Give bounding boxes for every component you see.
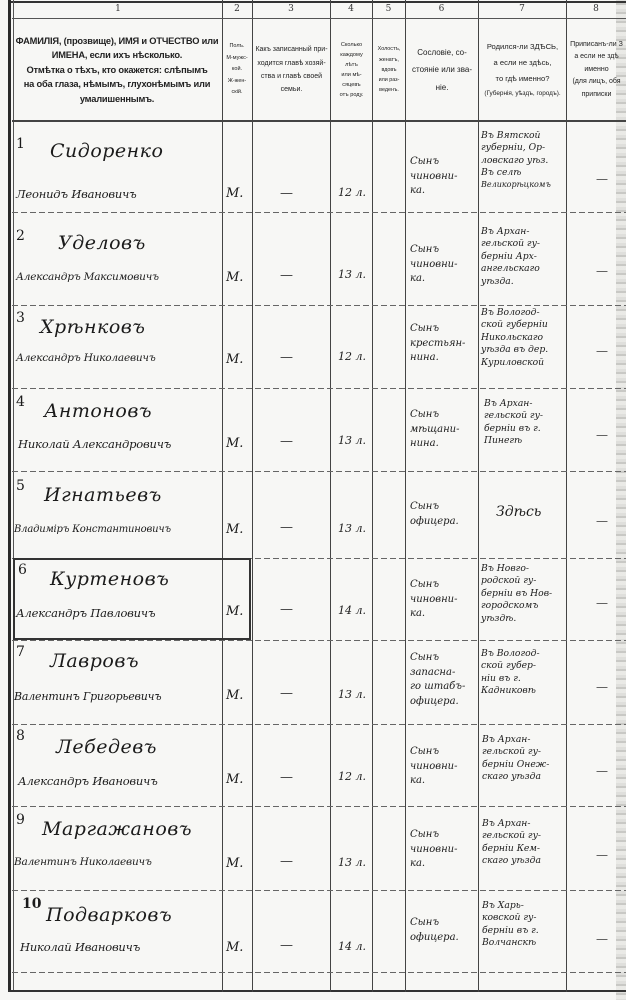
header-line: скій. <box>226 87 247 99</box>
row-divider <box>12 972 626 973</box>
header-name: ФАМИЛІЯ, (прозвище), ИМЯ и ОТЧЕСТВО или … <box>14 22 220 118</box>
estate-line: крестьян- <box>410 337 465 352</box>
header-line: ФАМИЛІЯ, (прозвище), ИМЯ и ОТЧЕСТВО или <box>16 34 219 48</box>
birthplace-line: Никольскаго <box>481 332 548 344</box>
birthplace-line: Въ Новго- <box>481 563 552 575</box>
header-line: Сословіе, со- <box>412 44 472 62</box>
given-names: Владиміръ Константиновичъ <box>14 524 171 535</box>
birthplace-line: Великорѣцкомъ <box>481 180 551 191</box>
registered: — <box>596 764 608 778</box>
birthplace: Въ Архан- гельской гу- берніи въ г. Пине… <box>484 398 543 448</box>
sex: М. <box>226 604 243 619</box>
column-number: 4 <box>330 4 372 18</box>
header-sex: Полъ. М-мужс- кой. Ж-жен- скій. <box>222 22 252 118</box>
birthplace-line: уѣзда. <box>481 276 540 288</box>
header-line: лѣтъ <box>340 60 364 70</box>
birthplace-line: Въ Архан- <box>482 734 549 746</box>
birthplace-line: Въ Архан- <box>484 398 543 410</box>
relation: — <box>280 770 293 785</box>
header-line: умалишеннымъ. <box>16 92 219 106</box>
birthplace-line: Въ селѣ <box>481 167 551 179</box>
header-line: женатъ, <box>378 55 401 65</box>
age: 14 л. <box>338 604 366 617</box>
column-number-rule <box>12 18 626 19</box>
given-names: Леонидъ Ивановичъ <box>16 187 137 201</box>
header-line: Отмѣтка о тѣхъ, кто окажется: слѣпымъ <box>16 63 219 77</box>
birthplace-line: Въ Вологод- <box>481 648 540 660</box>
estate-line: Сынъ <box>410 651 465 666</box>
header-line: М-мужс- <box>226 53 247 65</box>
estate-line: ка. <box>410 607 458 622</box>
header-line: приписки <box>570 89 623 102</box>
birthplace: Въ Вологод- ской губер- ніи въ г. Кадник… <box>481 648 540 698</box>
relation: — <box>280 350 293 365</box>
header-line: ніе. <box>412 79 472 97</box>
row-divider <box>12 640 626 641</box>
relation: — <box>280 434 293 449</box>
column-number: 3 <box>252 4 330 18</box>
header-age: Сколько каждому лѣтъ или мѣ- сяцевъ отъ … <box>331 22 372 118</box>
estate-line: го штабъ- <box>410 680 465 695</box>
surname: Хрѣнковъ <box>40 316 145 338</box>
sex: М. <box>226 688 243 703</box>
registered: — <box>596 514 608 528</box>
birthplace-line: Въ Архан- <box>482 818 541 830</box>
header-line: Приписанъ-ли З <box>570 39 623 52</box>
birthplace-line: Въ Харь- <box>482 900 539 912</box>
header-line: Сколько <box>340 40 364 50</box>
given-names: Николай Александровичъ <box>18 437 171 451</box>
header-marital: Холостъ, женатъ, вдовъ или раз- веденъ. <box>373 22 405 118</box>
header-line: а если не здѣ <box>570 51 623 64</box>
column-number: 7 <box>478 4 566 18</box>
header-line: Родился-ли ЗДѢСЬ, <box>484 39 560 55</box>
estate-line: Сынъ <box>410 322 465 337</box>
birthplace: Въ Вятской губерніи, Ор- ловскаго уѣз. В… <box>481 130 551 190</box>
estate: Сынъ мѣщани- нина. <box>410 408 460 452</box>
given-names: Валентинъ Григорьевичъ <box>14 690 161 703</box>
header-line: ходится главѣ хозяй- <box>255 57 327 70</box>
row-number: 7 <box>16 644 25 660</box>
birthplace-line: Пинегѣ <box>484 435 543 447</box>
age: 13 л. <box>338 522 366 535</box>
sex: М. <box>226 270 243 285</box>
header-bottom-rule <box>12 120 626 122</box>
birthplace-line: гельской гу- <box>482 746 549 758</box>
birthplace-line: ской губерніи <box>481 319 548 331</box>
col-divider <box>222 0 223 992</box>
estate-line: запасна- <box>410 666 465 681</box>
estate: Сынъ офицера. <box>410 500 459 529</box>
estate-line: Сынъ <box>410 500 459 515</box>
header-line: или мѣ- <box>340 70 364 80</box>
estate-line: ка. <box>410 272 458 287</box>
header-line: ства и главѣ своей <box>255 70 327 83</box>
header-line: семьи. <box>255 83 327 96</box>
header-line: отъ роду. <box>340 90 364 100</box>
relation: — <box>280 686 293 701</box>
row-number: 8 <box>16 728 25 744</box>
row-divider <box>12 724 626 725</box>
header-line: (для лицъ, обя <box>570 76 623 89</box>
estate-line: ка. <box>410 774 458 789</box>
header-line: на оба глаза, нѣмымъ, глухонѣмымъ или <box>16 77 219 91</box>
row-number: 3 <box>16 310 25 326</box>
estate: Сынъ офицера. <box>410 916 459 945</box>
age: 12 л. <box>338 770 366 783</box>
birthplace-line: городскомъ <box>481 600 552 612</box>
col-divider <box>372 0 373 992</box>
estate-line: чиновни- <box>410 843 458 858</box>
given-names: Александръ Ивановичъ <box>18 774 158 788</box>
registered: — <box>596 428 608 442</box>
top-border <box>8 1 626 3</box>
surname: Куртеновъ <box>50 568 169 590</box>
age: 12 л. <box>338 350 366 363</box>
registered: — <box>596 344 608 358</box>
header-estate: Сословіе, со- стояніе или зва- ніе. <box>406 22 478 118</box>
relation: — <box>280 186 293 201</box>
estate-line: ка. <box>410 857 458 872</box>
birthplace: Въ Харь- ковской гу- берніи въ г. Волчан… <box>482 900 539 950</box>
estate-line: ка. <box>410 184 458 199</box>
birthplace-line: Въ Вятской <box>481 130 551 142</box>
col-divider <box>405 0 406 992</box>
scan-edge-noise <box>616 0 626 1000</box>
surname: Сидоренко <box>50 140 163 162</box>
sex: М. <box>226 352 243 367</box>
col-divider <box>478 0 479 992</box>
given-names: Валентинъ Николаевичъ <box>14 856 152 868</box>
estate-line: Сынъ <box>410 745 458 760</box>
estate-line: офицера. <box>410 931 459 946</box>
row-number: 6 <box>18 562 27 578</box>
estate-line: офицера. <box>410 695 465 710</box>
estate-line: Сынъ <box>410 916 459 931</box>
col-divider <box>566 0 567 992</box>
birthplace-line: Здѣсь <box>496 503 541 522</box>
estate-line: чиновни- <box>410 760 458 775</box>
left-border-inner <box>13 0 14 992</box>
estate: Сынъ чиновни- ка. <box>410 828 458 872</box>
header-line: стояніе или зва- <box>412 61 472 79</box>
registered: — <box>596 932 608 946</box>
estate: Сынъ чиновни- ка. <box>410 243 458 287</box>
row-divider <box>12 471 626 472</box>
header-relation: Какъ записанный при- ходится главѣ хозяй… <box>253 22 330 118</box>
estate-line: чиновни- <box>410 170 458 185</box>
row-number: 5 <box>16 478 25 494</box>
age: 13 л. <box>338 688 366 701</box>
relation: — <box>280 520 293 535</box>
age: 14 л. <box>338 940 366 953</box>
estate: Сынъ чиновни- ка. <box>410 578 458 622</box>
birthplace: Въ Новго- родской гу- берніи въ Нов- гор… <box>481 563 552 625</box>
estate-line: мѣщани- <box>410 423 460 438</box>
sex: М. <box>226 436 243 451</box>
header-line: или раз- <box>378 75 401 85</box>
birthplace-line: берніи въ Нов- <box>481 588 552 600</box>
left-border <box>8 0 11 992</box>
column-number: 6 <box>405 4 478 18</box>
estate: Сынъ чиновни- ка. <box>410 155 458 199</box>
birthplace-line: берніи Онеж- <box>482 759 549 771</box>
estate-line: Сынъ <box>410 578 458 593</box>
surname: Лебедевъ <box>56 736 157 758</box>
header-line: кой. <box>226 64 247 76</box>
sex: М. <box>226 522 243 537</box>
birthplace: Въ Вологод- ской губерніи Никольскаго уѣ… <box>481 307 548 369</box>
row-divider <box>12 806 626 807</box>
birthplace-line: скаго уѣзда <box>482 855 541 867</box>
header-line: а если не здѣсь, <box>484 55 560 71</box>
sex: М. <box>226 186 243 201</box>
header-line: то гдѣ именно? <box>484 71 560 87</box>
estate-line: Сынъ <box>410 155 458 170</box>
given-names: Александръ Максимовичъ <box>16 271 159 283</box>
birthplace-line: Въ Вологод- <box>481 307 548 319</box>
birthplace-line: Въ Архан- <box>481 226 540 238</box>
header-registered: Приписанъ-ли З а если не здѣ именно (для… <box>567 22 626 118</box>
sex: М. <box>226 772 243 787</box>
sex: М. <box>226 940 243 955</box>
row-divider <box>12 212 626 213</box>
birthplace-line: берніи въ г. <box>482 925 539 937</box>
header-line: именно <box>570 64 623 77</box>
birthplace: Въ Архан- гельской гу- берніи Онеж- скаг… <box>482 734 549 784</box>
registered: — <box>596 172 608 186</box>
header-line: каждому <box>340 50 364 60</box>
relation: — <box>280 854 293 869</box>
row-number: 2 <box>16 228 25 244</box>
birthplace-line: ковской гу- <box>482 912 539 924</box>
birthplace-line: Волчанскѣ <box>482 937 539 949</box>
birthplace-line: берніи въ г. <box>484 423 543 435</box>
estate-line: нина. <box>410 437 460 452</box>
header-line: (Губернія, уѣздъ, городъ). <box>484 87 560 100</box>
relation: — <box>280 938 293 953</box>
header-birthplace: Родился-ли ЗДѢСЬ, а если не здѣсь, то гд… <box>479 22 566 118</box>
given-names: Александръ Павловичъ <box>16 606 155 620</box>
birthplace-line: уѣздѣ. <box>481 613 552 625</box>
header-line: Холостъ, <box>378 44 401 54</box>
age: 13 л. <box>338 434 366 447</box>
row-number: 1 <box>16 136 25 152</box>
birthplace-line: ніи въ г. <box>481 673 540 685</box>
registered: — <box>596 848 608 862</box>
header-line: Ж-жен- <box>226 76 247 88</box>
column-number: 5 <box>372 4 405 18</box>
birthplace-line: гельской гу- <box>482 830 541 842</box>
column-number: 2 <box>222 4 252 18</box>
col-divider <box>252 0 253 992</box>
given-names: Николай Ивановичъ <box>20 940 140 954</box>
surname: Подварковъ <box>46 904 172 926</box>
estate-line: Сынъ <box>410 243 458 258</box>
birthplace-line: берніи Арх- <box>481 251 540 263</box>
estate: Сынъ крестьян- нина. <box>410 322 465 366</box>
birthplace-line: родской гу- <box>481 575 552 587</box>
column-number: 1 <box>14 4 222 18</box>
birthplace-line: гельской гу- <box>481 238 540 250</box>
birthplace: Въ Архан- гельской гу- берніи Кем- скаго… <box>482 818 541 868</box>
estate-line: чиновни- <box>410 593 458 608</box>
registered: — <box>596 264 608 278</box>
sex: М. <box>226 856 243 871</box>
row-divider <box>12 890 626 891</box>
row-number: 9 <box>16 812 25 828</box>
relation: — <box>280 268 293 283</box>
bottom-border <box>8 990 626 992</box>
column-number: 8 <box>566 4 626 18</box>
surname: Антоновъ <box>44 400 152 422</box>
birthplace: Въ Архан- гельской гу- берніи Арх- ангел… <box>481 226 540 288</box>
birthplace: Здѣсь <box>496 503 541 522</box>
col-divider <box>330 0 331 992</box>
estate: Сынъ чиновни- ка. <box>410 745 458 789</box>
row-number: 4 <box>16 394 25 410</box>
birthplace-line: уѣзда въ дер. <box>481 344 548 356</box>
age: 13 л. <box>338 856 366 869</box>
birthplace-line: ской губер- <box>481 660 540 672</box>
birthplace-line: Кадниковѣ <box>481 685 540 697</box>
estate-line: офицера. <box>410 515 459 530</box>
surname: Уделовъ <box>58 232 146 254</box>
surname: Маргажановъ <box>42 818 192 840</box>
estate-line: нина. <box>410 351 465 366</box>
header-line: ИМЕНА, если ихъ нѣсколько. <box>16 48 219 62</box>
age: 12 л. <box>338 186 366 199</box>
header-line: сяцевъ <box>340 80 364 90</box>
row-number: 10 <box>22 896 41 912</box>
estate: Сынъ запасна- го штабъ- офицера. <box>410 651 465 709</box>
surname: Игнатьевъ <box>44 484 162 506</box>
header-line: Какъ записанный при- <box>255 43 327 56</box>
header-line: вдовъ <box>378 65 401 75</box>
registered: — <box>596 596 608 610</box>
birthplace-line: гельской гу- <box>484 410 543 422</box>
relation: — <box>280 602 293 617</box>
birthplace-line: берніи Кем- <box>482 843 541 855</box>
estate-line: Сынъ <box>410 828 458 843</box>
row-divider <box>12 305 626 306</box>
header-line: Полъ. <box>226 41 247 53</box>
given-names: Александръ Николаевичъ <box>16 352 156 364</box>
estate-line: Сынъ <box>410 408 460 423</box>
birthplace-line: губерніи, Ор- <box>481 142 551 154</box>
estate-line: чиновни- <box>410 258 458 273</box>
age: 13 л. <box>338 268 366 281</box>
birthplace-line: Куриловской <box>481 357 548 369</box>
birthplace-line: ангельскаго <box>481 263 540 275</box>
registered: — <box>596 680 608 694</box>
row-divider <box>12 388 626 389</box>
birthplace-line: скаго уѣзда <box>482 771 549 783</box>
surname: Лавровъ <box>50 650 139 672</box>
birthplace-line: ловскаго уѣз. <box>481 155 551 167</box>
census-page: 1 2 3 4 5 6 7 8 ФАМИЛІЯ, (прозвище), ИМЯ… <box>0 0 626 1000</box>
header-line: веденъ. <box>378 85 401 95</box>
